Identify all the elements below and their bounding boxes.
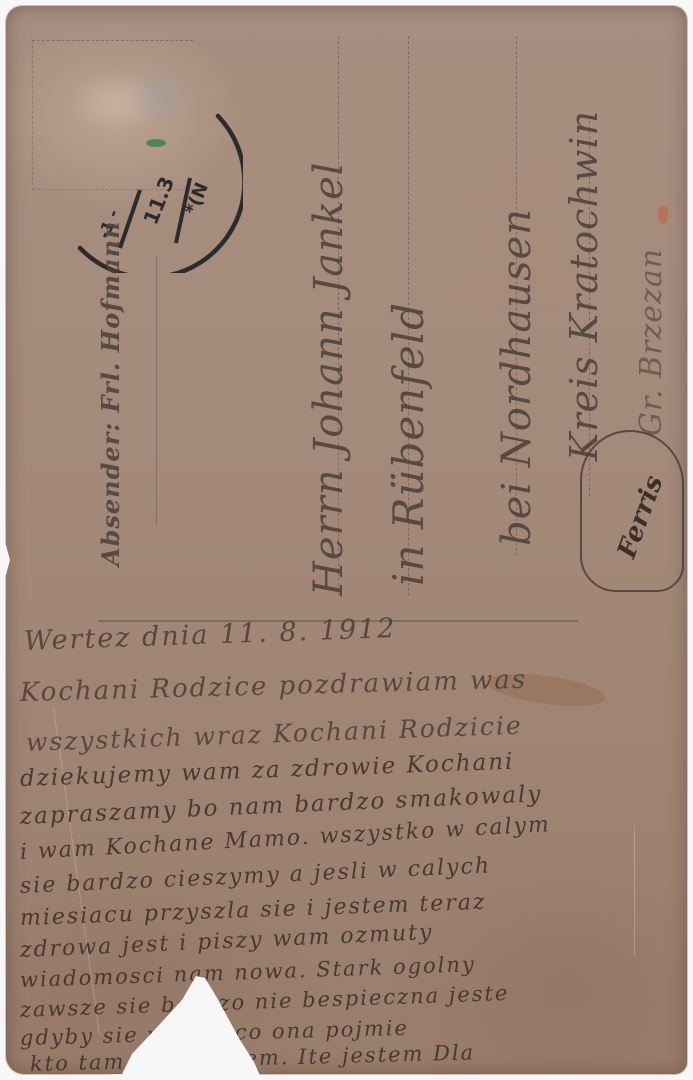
signature-text: Ferris [612, 472, 669, 563]
postmark-date: 11.3 [138, 173, 179, 228]
circled-signature: Ferris [580, 430, 684, 592]
address-line-district: Kreis Kratochwin [562, 110, 606, 461]
postmark-icon: 11.3 -1 - *(N [68, 98, 243, 273]
corner-note: Gr. Brzezan [634, 248, 669, 436]
address-line-post: bei Nordhausen [494, 208, 540, 546]
handwritten-message: Wertez dnia 11. 8. 1912 Kochani Rodzice … [20, 626, 687, 1074]
message-line: Wertez dnia 11. 8. 1912 [23, 613, 396, 657]
postcard-scan: 11.3 -1 - *(N Herrn Johann Jankel in Rüb… [0, 0, 693, 1080]
sender-rule [156, 256, 157, 526]
red-ink-mark [658, 206, 668, 224]
address-line-recipient: Herrn Johann Jankel [306, 161, 352, 596]
sender-note: Absender: Frl. Hofmann [96, 221, 125, 566]
postmark-fragment-right: *(N [181, 180, 213, 218]
address-line-town: in Rübenfeld [384, 302, 433, 586]
postcard: 11.3 -1 - *(N Herrn Johann Jankel in Rüb… [6, 6, 687, 1074]
message-line: Kochani Rodzice pozdrawiam was [20, 665, 528, 708]
